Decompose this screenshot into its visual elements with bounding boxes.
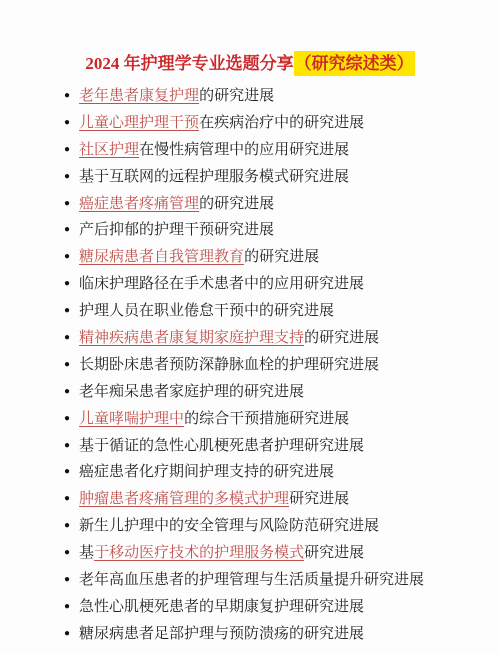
topic-keyword: 儿童心理护理干预 xyxy=(79,115,199,131)
topic-text: 糖尿病患者足部护理与预防溃疡的研究进展 xyxy=(79,626,364,642)
bullet-icon: ● xyxy=(64,83,70,110)
list-item: ●临床护理路径在手术患者中的应用研究进展 xyxy=(64,271,472,298)
list-item: ●精神疾病患者康复期家庭护理支持的研究进展 xyxy=(64,325,472,352)
bullet-icon: ● xyxy=(64,217,70,244)
topic-text: 研究进展 xyxy=(304,545,364,561)
topic-list: ●老年患者康复护理的研究进展●儿童心理护理干预在疾病治疗中的研究进展●社区护理在… xyxy=(64,83,472,648)
topic-keyword: 糖尿病患者自我管理教育 xyxy=(79,249,244,265)
topic-text: 基 xyxy=(79,545,94,561)
list-item: ●产后抑郁的护理干预研究进展 xyxy=(64,217,472,244)
topic-text: 产后抑郁的护理干预研究进展 xyxy=(79,222,274,238)
topic-keyword: 精神疾病患者康复期家庭护理支持 xyxy=(79,330,304,346)
bullet-icon: ● xyxy=(64,513,70,540)
bullet-icon: ● xyxy=(64,486,70,513)
topic-text: 研究进展 xyxy=(289,491,349,507)
list-item: ●基于互联网的远程护理服务模式研究进展 xyxy=(64,164,472,191)
topic-text: 的研究进展 xyxy=(199,196,274,212)
list-item: ●基于移动医疗技术的护理服务模式研究进展 xyxy=(64,540,472,567)
bullet-icon: ● xyxy=(64,191,70,218)
list-item: ●糖尿病患者自我管理教育的研究进展 xyxy=(64,244,472,271)
bullet-icon: ● xyxy=(64,325,70,352)
list-item: ●老年痴呆患者家庭护理的研究进展 xyxy=(64,379,472,406)
list-item: ●护理人员在职业倦怠干预中的研究进展 xyxy=(64,298,472,325)
list-item: ●儿童哮喘护理中的综合干预措施研究进展 xyxy=(64,406,472,433)
bullet-icon: ● xyxy=(64,164,70,191)
bullet-icon: ● xyxy=(64,244,70,271)
document-page: 2024 年护理学专业选题分享（研究综述类） ●老年患者康复护理的研究进展●儿童… xyxy=(0,0,500,654)
list-item: ●癌症患者化疗期间护理支持的研究进展 xyxy=(64,459,472,486)
list-item: ●新生儿护理中的安全管理与风险防范研究进展 xyxy=(64,513,472,540)
topic-text: 急性心肌梗死患者的早期康复护理研究进展 xyxy=(79,599,364,615)
bullet-icon: ● xyxy=(64,137,70,164)
topic-text: 的研究进展 xyxy=(199,88,274,104)
bullet-icon: ● xyxy=(64,459,70,486)
title-highlight: （研究综述类） xyxy=(294,51,415,76)
topic-text: 在疾病治疗中的研究进展 xyxy=(199,115,364,131)
topic-text: 癌症患者化疗期间护理支持的研究进展 xyxy=(79,464,334,480)
list-item: ●癌症患者疼痛管理的研究进展 xyxy=(64,191,472,218)
topic-text: 在慢性病管理中的应用研究进展 xyxy=(139,142,349,158)
list-item: ●儿童心理护理干预在疾病治疗中的研究进展 xyxy=(64,110,472,137)
list-item: ●社区护理在慢性病管理中的应用研究进展 xyxy=(64,137,472,164)
topic-text: 的研究进展 xyxy=(304,330,379,346)
title-main: 2024 年护理学专业选题分享 xyxy=(85,54,293,73)
topic-text: 的综合干预措施研究进展 xyxy=(184,411,349,427)
page-title: 2024 年护理学专业选题分享（研究综述类） xyxy=(0,50,500,77)
topic-keyword: 于移动医疗技术的护理服务模式 xyxy=(94,545,304,561)
bullet-icon: ● xyxy=(64,567,70,594)
list-item: ●糖尿病患者足部护理与预防溃疡的研究进展 xyxy=(64,621,472,648)
bullet-icon: ● xyxy=(64,352,70,379)
topic-text: 老年高血压患者的护理管理与生活质量提升研究进展 xyxy=(79,572,424,588)
topic-text: 老年痴呆患者家庭护理的研究进展 xyxy=(79,384,304,400)
topic-keyword: 儿童哮喘护理中 xyxy=(79,411,184,427)
topic-text: 基于循证的急性心肌梗死患者护理研究进展 xyxy=(79,438,364,454)
list-item: ●老年患者康复护理的研究进展 xyxy=(64,83,472,110)
topic-text: 护理人员在职业倦怠干预中的研究进展 xyxy=(79,303,334,319)
bullet-icon: ● xyxy=(64,594,70,621)
bullet-icon: ● xyxy=(64,621,70,648)
topic-text: 的研究进展 xyxy=(244,249,319,265)
topic-keyword: 肿瘤患者疼痛管理的多模式护理 xyxy=(79,491,289,507)
list-item: ●基于循证的急性心肌梗死患者护理研究进展 xyxy=(64,433,472,460)
list-item: ●老年高血压患者的护理管理与生活质量提升研究进展 xyxy=(64,567,472,594)
list-item: ●急性心肌梗死患者的早期康复护理研究进展 xyxy=(64,594,472,621)
bullet-icon: ● xyxy=(64,540,70,567)
topic-text: 新生儿护理中的安全管理与风险防范研究进展 xyxy=(79,518,379,534)
list-item: ●肿瘤患者疼痛管理的多模式护理研究进展 xyxy=(64,486,472,513)
bullet-icon: ● xyxy=(64,433,70,460)
bullet-icon: ● xyxy=(64,406,70,433)
topic-text: 基于互联网的远程护理服务模式研究进展 xyxy=(79,169,349,185)
bullet-icon: ● xyxy=(64,298,70,325)
topic-keyword: 癌症患者疼痛管理 xyxy=(79,196,199,212)
topic-keyword: 社区护理 xyxy=(79,142,139,158)
topic-text: 临床护理路径在手术患者中的应用研究进展 xyxy=(79,276,364,292)
bullet-icon: ● xyxy=(64,379,70,406)
topic-keyword: 老年患者康复护理 xyxy=(79,88,199,104)
list-item: ●长期卧床患者预防深静脉血栓的护理研究进展 xyxy=(64,352,472,379)
bullet-icon: ● xyxy=(64,110,70,137)
bullet-icon: ● xyxy=(64,271,70,298)
topic-text: 长期卧床患者预防深静脉血栓的护理研究进展 xyxy=(79,357,379,373)
